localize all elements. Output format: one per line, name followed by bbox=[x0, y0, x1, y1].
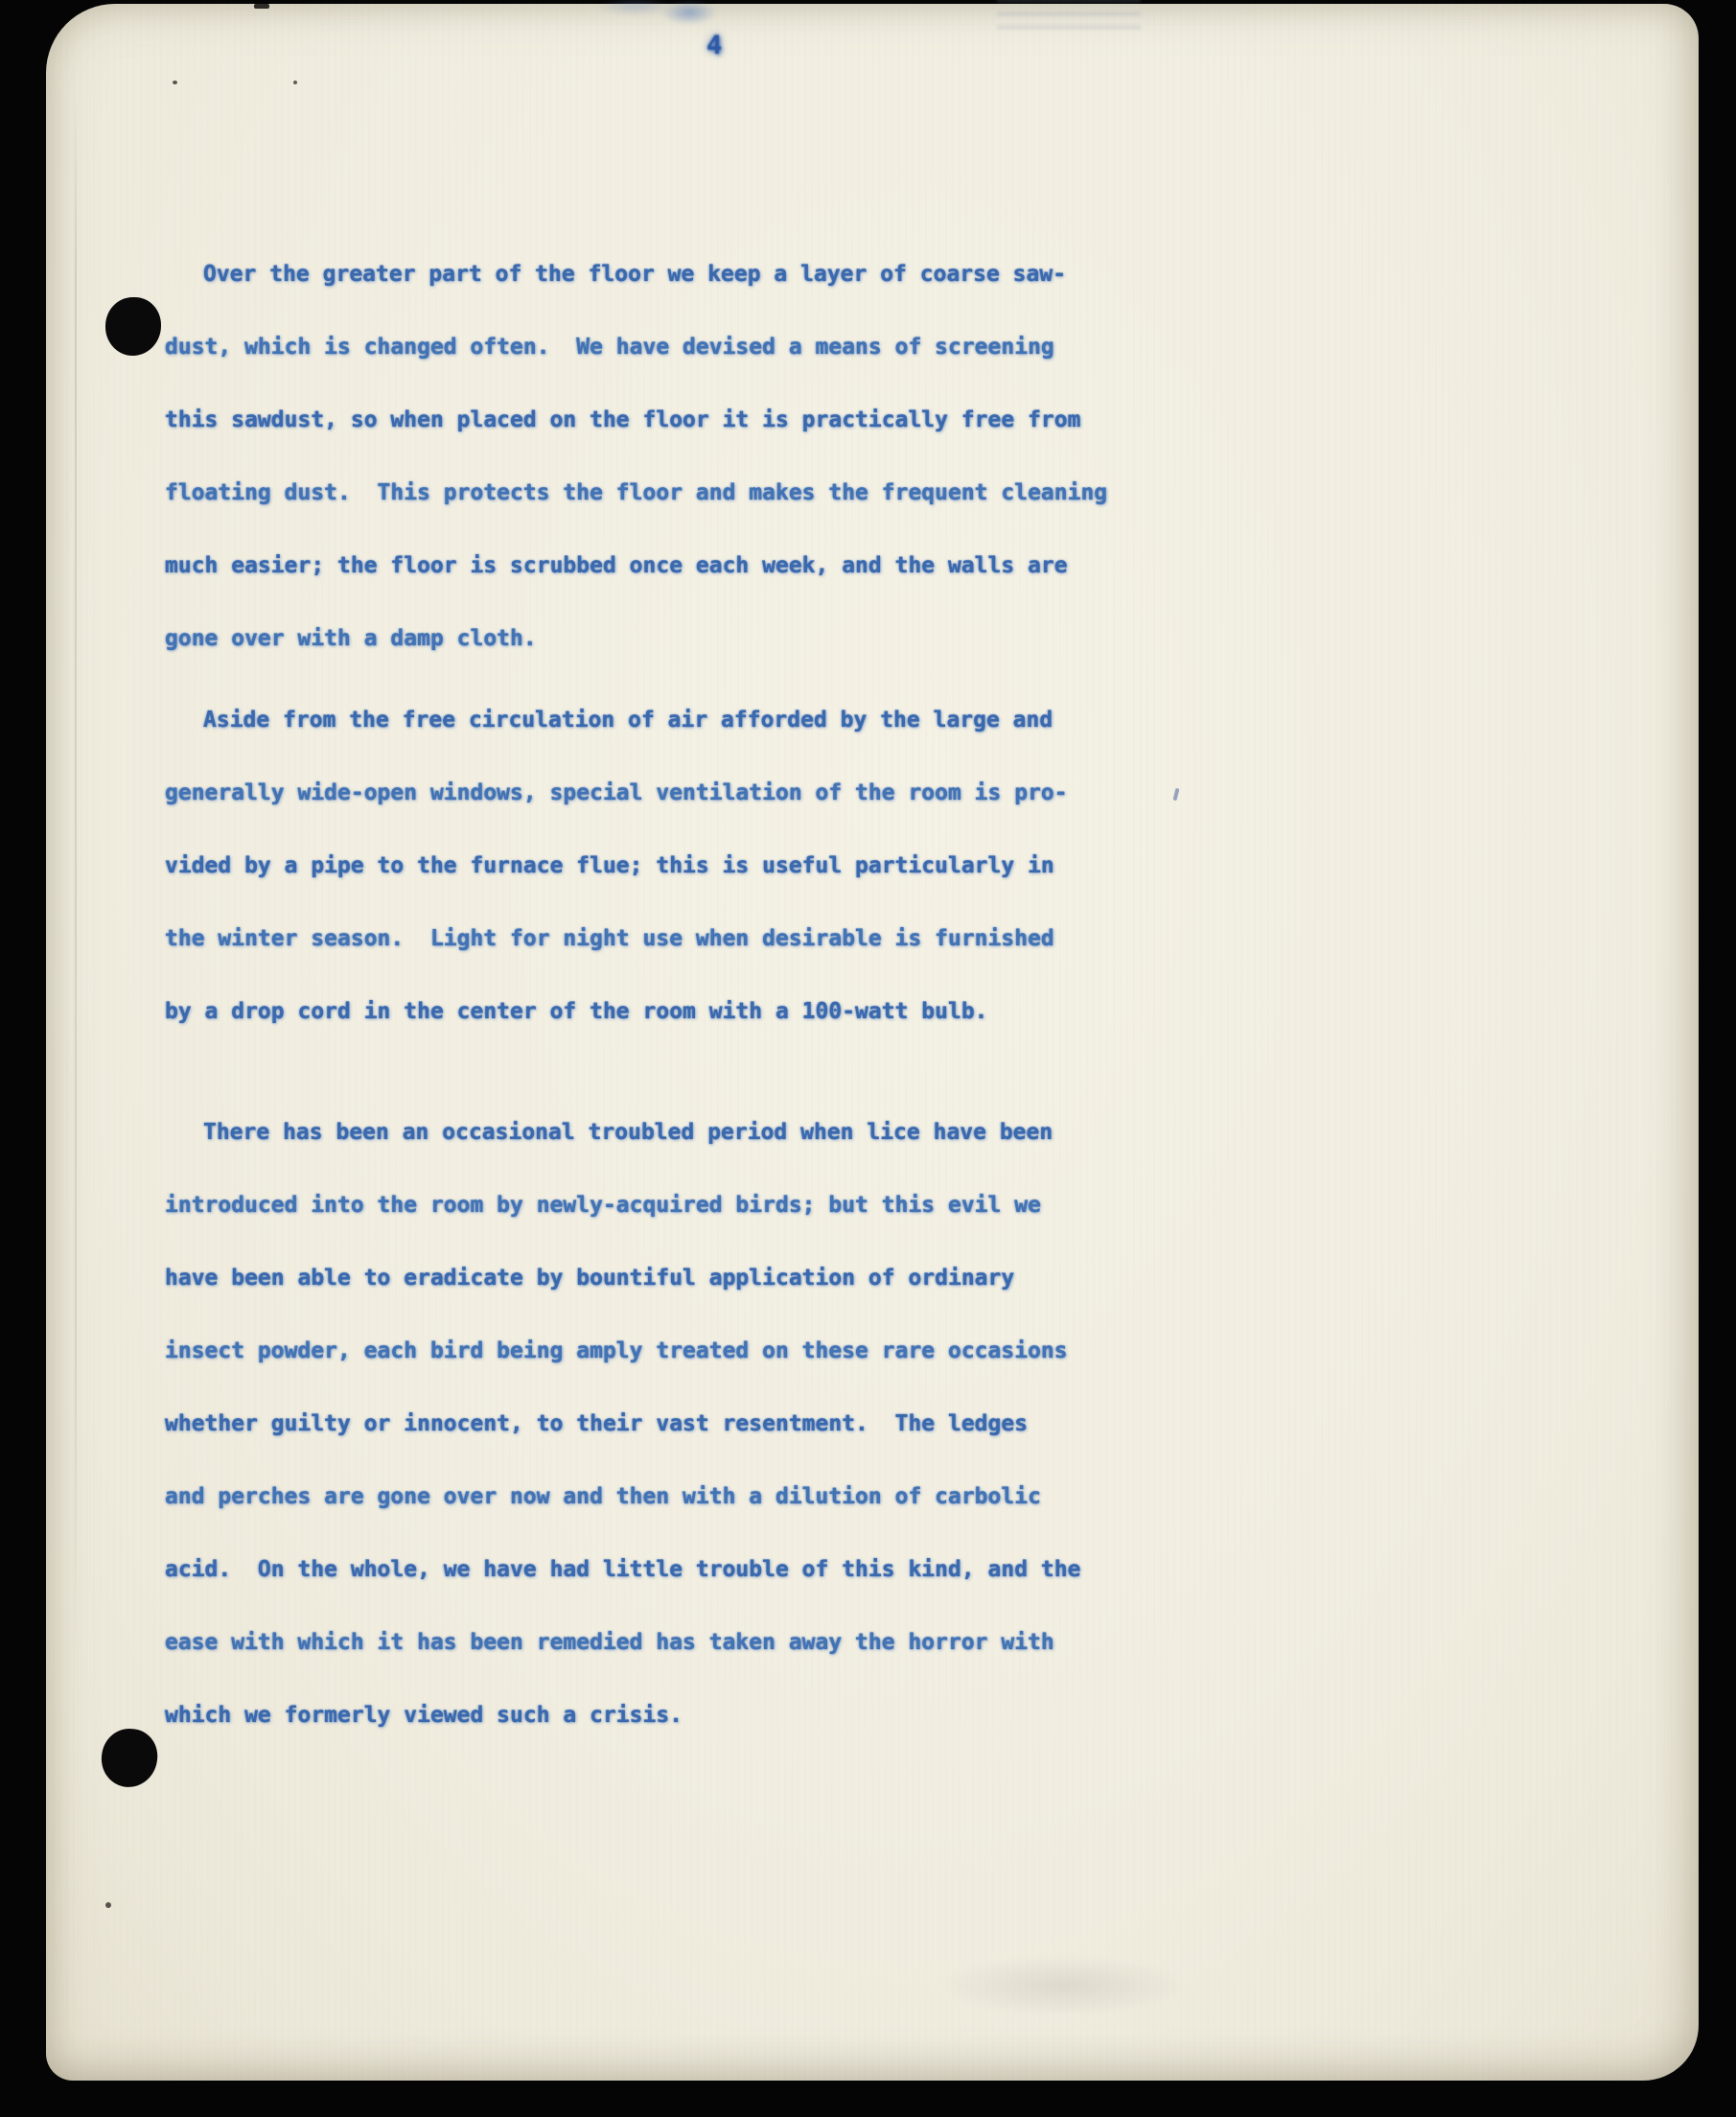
paper-speck bbox=[173, 81, 177, 84]
text-line: vided by a pipe to the furnace flue; thi… bbox=[165, 829, 1258, 902]
scanner-background: 4 Over the greater part of the floor we … bbox=[0, 0, 1736, 2117]
text-line: the winter season. Light for night use w… bbox=[165, 902, 1258, 975]
text-line: dust, which is changed often. We have de… bbox=[165, 311, 1258, 384]
text-line: acid. On the whole, we have had little t… bbox=[165, 1533, 1258, 1606]
text-line: Over the greater part of the floor we ke… bbox=[165, 238, 1258, 311]
text-line: this sawdust, so when placed on the floo… bbox=[165, 384, 1258, 456]
paper-crease bbox=[75, 90, 77, 1663]
ink-smudge-top bbox=[661, 0, 717, 25]
text-line: introduced into the room by newly-acquir… bbox=[165, 1169, 1258, 1242]
typewritten-text: Over the greater part of the floor we ke… bbox=[165, 238, 1258, 1752]
hole-punch-bottom bbox=[98, 1725, 161, 1790]
ink-smudge-top-faint bbox=[597, 0, 674, 15]
text-line: and perches are gone over now and then w… bbox=[165, 1460, 1258, 1533]
text-line: have been able to eradicate by bountiful… bbox=[165, 1242, 1258, 1314]
text-line: ease with which it has been remedied has… bbox=[165, 1606, 1258, 1679]
hole-punch-top bbox=[105, 297, 161, 356]
paragraph: There has been an occasional troubled pe… bbox=[165, 1096, 1258, 1752]
text-line: floating dust. This protects the floor a… bbox=[165, 456, 1258, 529]
paragraph: Aside from the free circulation of air a… bbox=[165, 684, 1258, 1048]
text-line: There has been an occasional troubled pe… bbox=[165, 1096, 1258, 1169]
paper-speck bbox=[105, 1902, 111, 1908]
document-page: 4 Over the greater part of the floor we … bbox=[46, 4, 1699, 2081]
text-line: generally wide-open windows, special ven… bbox=[165, 756, 1258, 829]
paper-speck bbox=[293, 81, 297, 84]
ghost-text-smudge-bottom bbox=[939, 1956, 1189, 2015]
text-line: whether guilty or innocent, to their vas… bbox=[165, 1387, 1258, 1460]
text-line: by a drop cord in the center of the room… bbox=[165, 975, 1258, 1048]
text-line: Aside from the free circulation of air a… bbox=[165, 684, 1258, 756]
page-number: 4 bbox=[706, 31, 722, 60]
paper-speck-dash bbox=[254, 4, 269, 9]
text-line: which we formerly viewed such a crisis. bbox=[165, 1679, 1258, 1752]
text-line: insect powder, each bird being amply tre… bbox=[165, 1314, 1258, 1387]
text-line: gone over with a damp cloth. bbox=[165, 602, 1258, 675]
paragraph: Over the greater part of the floor we ke… bbox=[165, 238, 1258, 675]
ghost-text-smudge-top-right bbox=[997, 0, 1141, 31]
text-line: much easier; the floor is scrubbed once … bbox=[165, 529, 1258, 602]
